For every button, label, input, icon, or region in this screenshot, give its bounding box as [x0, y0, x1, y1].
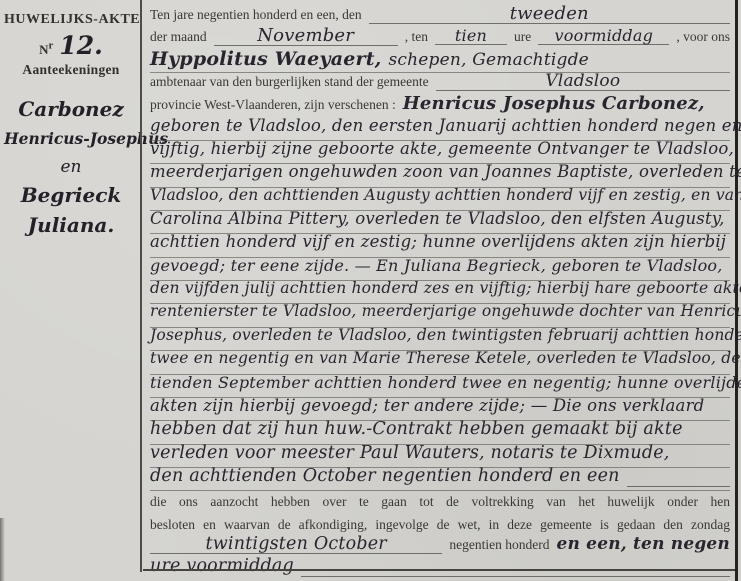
handwritten-text: Josephus, overleden te Vladsloo, den twi… — [150, 328, 741, 344]
document-body: Ten jare negentien honderd en een, dentw… — [150, 5, 730, 581]
handwritten-text: Vladsloo, den achttienden Augusty achtti… — [150, 188, 741, 204]
document-line: der maandNovember, tentienurevoormiddag,… — [150, 27, 730, 49]
printed-text: negentien honderd — [449, 538, 549, 552]
document-line: meerderjarigen ongehuwden zoon van Joann… — [150, 164, 730, 187]
document-line: gevoegd; ter eene zijde. — En Juliana Be… — [150, 258, 730, 281]
handwritten-text: achttien honderd vijf en zestig; hunne o… — [150, 234, 726, 251]
act-title: HUWELIJKS-AKTE — [4, 12, 138, 28]
annotations-label: Aanteekeningen — [4, 62, 138, 78]
handwritten-text: schepen, Gemachtigde — [389, 52, 589, 69]
margin-names: CarbonezHenricus-JosephusenBegrieckJulia… — [4, 94, 138, 240]
document-line: rentenierster te Vladsloo, meerderjarige… — [150, 304, 730, 327]
scan-edge-left — [0, 518, 5, 581]
margin-column: HUWELIJKS-AKTE Nr12. Aanteekeningen Carb… — [4, 0, 138, 581]
margin-name: Begrieck — [4, 180, 138, 210]
document-line: provincie West-Vlaanderen, zijn verschen… — [150, 95, 730, 117]
document-line: twintigsten Octobernegentien honderden e… — [150, 536, 730, 558]
document-line: ambtenaar van den burgerlijken stand der… — [150, 73, 730, 95]
document-line: den vijfden julij achttien honderd zes e… — [150, 281, 730, 304]
document-line: besloten en waarvan de afkondiging, inge… — [150, 514, 730, 536]
handwritten-text: Carolina Albina Pittery, overleden te Vl… — [150, 211, 725, 228]
handwritten-text: Henricus Josephus Carbonez, — [403, 95, 705, 113]
document-line: twee en negentig en van Marie Therese Ke… — [150, 351, 730, 374]
document-line: Ten jare negentien honderd en een, dentw… — [150, 5, 730, 27]
margin-name: Carbonez — [4, 94, 138, 124]
handwritten-text: geboren te Vladsloo, den eersten Januari… — [150, 118, 741, 135]
handwritten-text: verleden voor meester Paul Wauters, nota… — [150, 445, 670, 463]
document-line: Hyppolitus Waeyaert,schepen, Gemachtigde — [150, 50, 730, 73]
column-divider-line — [140, 0, 142, 572]
handwritten-text: twintigsten October — [150, 536, 442, 555]
printed-text: , voor ons — [676, 30, 730, 44]
margin-name: Henricus-Josephus — [4, 124, 138, 154]
document-line: akten zijn hierbij gevoegd; ter andere z… — [150, 398, 730, 421]
handwritten-text: den achttienden October negentien honder… — [150, 468, 620, 486]
printed-text: besloten en waarvan de afkondiging, inge… — [150, 514, 730, 536]
act-number-prefix: N — [39, 42, 48, 57]
document-line: hebben dat zij hun huw.-Contrakt hebben … — [150, 421, 730, 444]
act-number-value: 12. — [59, 31, 103, 60]
printed-text: der maand — [150, 30, 207, 44]
handwritten-text: en een, ten negen — [556, 536, 730, 553]
handwritten-text: den vijfden julij achttien honderd zes e… — [150, 281, 741, 297]
document-line: achttien honderd vijf en zestig; hunne o… — [150, 234, 730, 257]
handwritten-text: ure voormiddag — [150, 558, 294, 576]
handwritten-text: November — [214, 27, 398, 46]
printed-text: ambtenaar van den burgerlijken stand der… — [150, 75, 429, 89]
printed-text: ure — [514, 30, 531, 44]
printed-text: , ten — [405, 30, 428, 44]
document-line: vijftig, hierbij zijne geboorte akte, ge… — [150, 141, 730, 164]
document-line: die ons aanzocht hebben over te gaan tot… — [150, 491, 730, 513]
margin-name: en — [4, 154, 138, 180]
act-number-sup: r — [49, 40, 54, 52]
handwritten-text: Hyppolitus Waeyaert, — [150, 50, 382, 69]
document-line: Josephus, overleden te Vladsloo, den twi… — [150, 328, 730, 351]
marriage-act-page: HUWELIJKS-AKTE Nr12. Aanteekeningen Carb… — [0, 0, 741, 581]
handwritten-text: gevoegd; ter eene zijde. — En Juliana Be… — [150, 258, 723, 274]
act-number: Nr12. — [4, 31, 138, 60]
handwritten-text: rentenierster te Vladsloo, meerderjarige… — [150, 304, 741, 320]
handwritten-text: hebben dat zij hun huw.-Contrakt hebben … — [150, 421, 683, 439]
scan-edge-right — [735, 0, 738, 581]
printed-text: provincie West-Vlaanderen, zijn verschen… — [150, 98, 396, 112]
handwritten-text: vijftig, hierbij zijne geboorte akte, ge… — [150, 141, 734, 158]
blank-rule — [627, 468, 730, 487]
handwritten-text: tienden September achttien honderd twee … — [150, 375, 741, 391]
printed-text: die ons aanzocht hebben over te gaan tot… — [150, 491, 730, 513]
handwritten-text: twee en negentig en van Marie Therese Ke… — [150, 351, 741, 367]
section-bottom-rule — [143, 569, 738, 571]
handwritten-text: akten zijn hierbij gevoegd; ter andere z… — [150, 398, 704, 415]
document-line: verleden voor meester Paul Wauters, nota… — [150, 445, 730, 468]
document-line: Vladsloo, den achttienden Augusty achtti… — [150, 188, 730, 211]
handwritten-text: tweeden — [369, 5, 730, 24]
document-line: den achttienden October negentien honder… — [150, 468, 730, 491]
blank-rule — [301, 558, 730, 577]
printed-text: Ten jare negentien honderd en een, den — [150, 8, 362, 22]
document-line: Carolina Albina Pittery, overleden te Vl… — [150, 211, 730, 234]
handwritten-text: voormiddag — [538, 28, 669, 45]
handwritten-text: Vladsloo — [436, 73, 730, 91]
handwritten-text: tien — [435, 28, 507, 45]
margin-name: Juliana. — [4, 210, 138, 240]
document-line: tienden September achttien honderd twee … — [150, 375, 730, 398]
handwritten-text: meerderjarigen ongehuwden zoon van Joann… — [150, 164, 741, 181]
document-line: geboren te Vladsloo, den eersten Januari… — [150, 118, 730, 141]
